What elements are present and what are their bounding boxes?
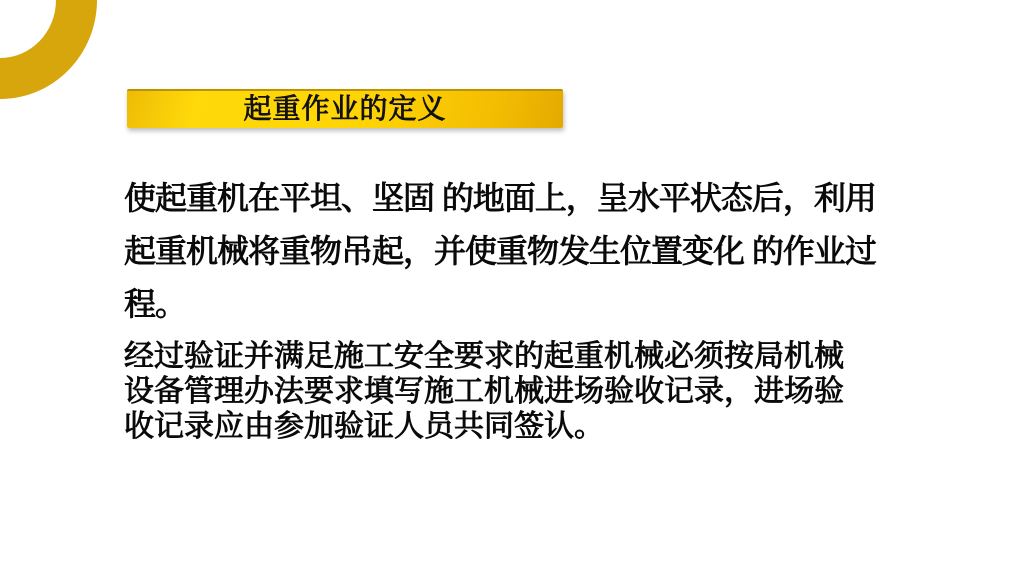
- requirements-paragraph: 经过验证并满足施工安全要求的起重机械必须按局机械 设备管理办法要求填写施工机械进…: [124, 339, 916, 444]
- definition-line-1: 使起重机在平坦、坚固 的地面上，呈水平状态后，利用: [124, 172, 916, 225]
- definition-line-3: 程。: [124, 278, 916, 331]
- corner-ring-decoration: [0, 0, 97, 99]
- presentation-slide: 起重作业的定义 使起重机在平坦、坚固 的地面上，呈水平状态后，利用 起重机械将重…: [0, 0, 1024, 576]
- title-banner: 起重作业的定义: [127, 89, 563, 128]
- requirements-line-1: 经过验证并满足施工安全要求的起重机械必须按局机械: [124, 339, 916, 374]
- requirements-line-3: 收记录应由参加验证人员共同签认。: [124, 409, 916, 444]
- requirements-line-2: 设备管理办法要求填写施工机械进场验收记录，进场验: [124, 374, 916, 409]
- definition-paragraph: 使起重机在平坦、坚固 的地面上，呈水平状态后，利用 起重机械将重物吊起，并使重物…: [124, 172, 916, 331]
- definition-line-2: 起重机械将重物吊起，并使重物发生位置变化 的作业过: [124, 225, 916, 278]
- slide-title: 起重作业的定义: [243, 95, 446, 125]
